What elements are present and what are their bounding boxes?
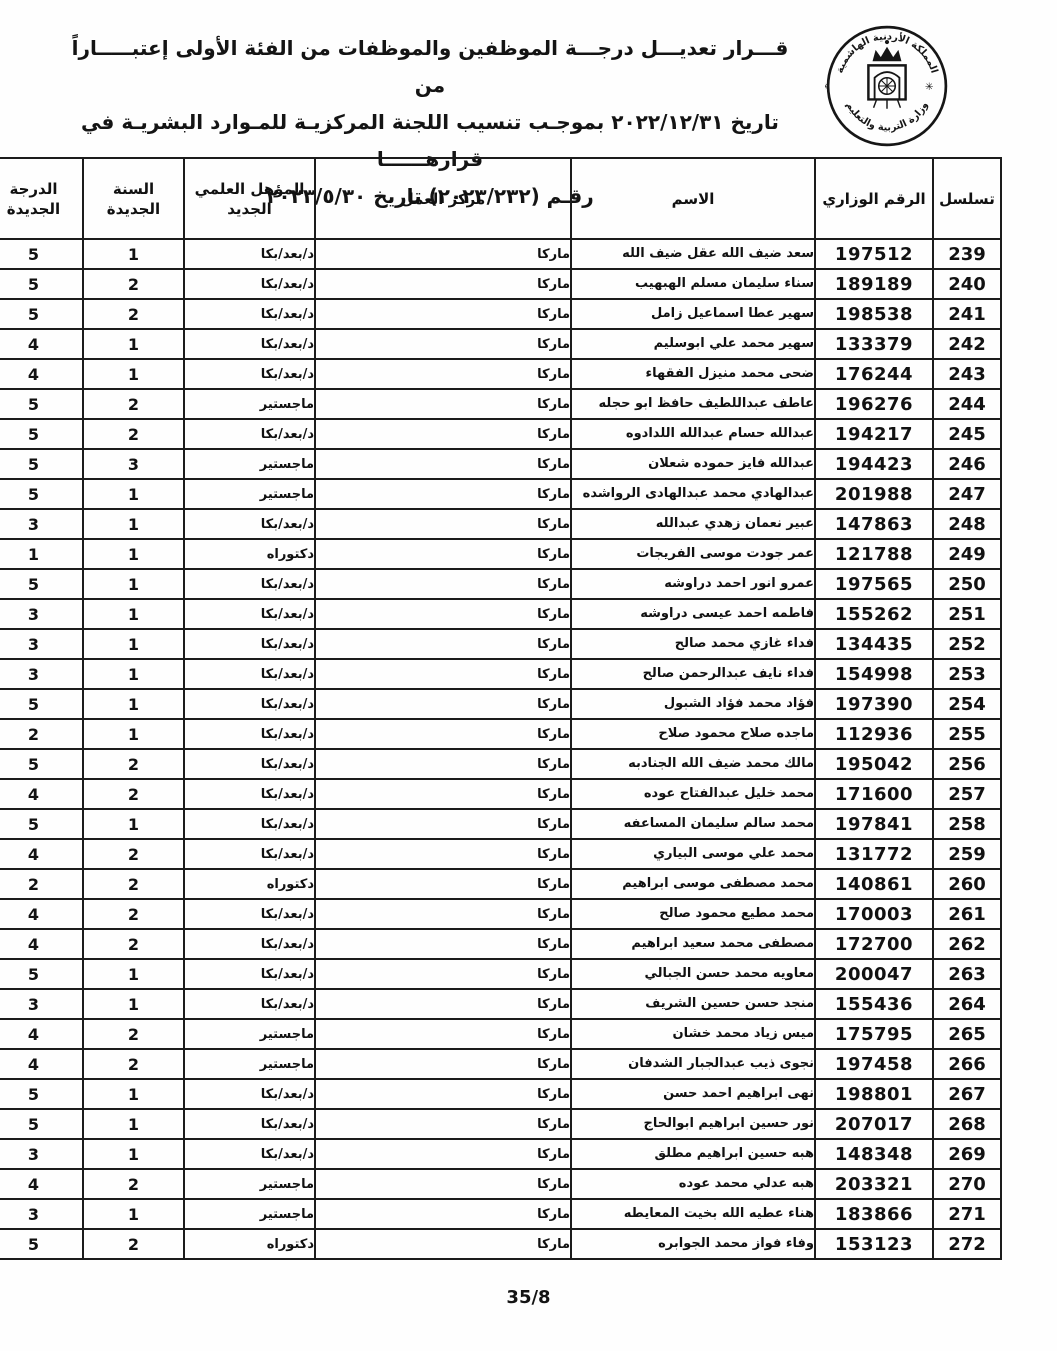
table-row: 266197458نجوى ذيب عبدالجبار الشدفانماركا… <box>0 1049 1001 1079</box>
cell-serial: 259 <box>933 839 1001 869</box>
table-row: 242133379سهير محمد علي ابوسليمماركاد/بعد… <box>0 329 1001 359</box>
cell-new_grade: 5 <box>0 419 83 449</box>
cell-new_grade: 4 <box>0 1049 83 1079</box>
cell-work_center: ماركا <box>315 929 571 959</box>
cell-new_year: 2 <box>83 749 184 779</box>
cell-name: محمد علي موسى البياري <box>571 839 815 869</box>
seal-star-left-icon: ✳ <box>925 81 934 93</box>
cell-ministry_number: 203321 <box>815 1169 933 1199</box>
table-row: 268207017نور حسين ابراهيم ابوالحاجماركاد… <box>0 1109 1001 1139</box>
cell-name: مصطفى محمد سعيد ابراهيم <box>571 929 815 959</box>
decision-table: تسلسلالرقم الوزاريالاسممركز العملالمؤهل … <box>0 157 1002 1260</box>
cell-new_qualification: د/بعد/بكا <box>184 509 315 539</box>
cell-work_center: ماركا <box>315 479 571 509</box>
page-number: 35/8 <box>0 1287 1057 1308</box>
table-row: 263200047معاويه محمد حسن الجباليماركاد/ب… <box>0 959 1001 989</box>
cell-name: نور حسين ابراهيم ابوالحاج <box>571 1109 815 1139</box>
column-header-new_grade: الدرجة الجديدة <box>0 158 83 239</box>
cell-new_qualification: دكتوراه <box>184 1229 315 1259</box>
cell-serial: 262 <box>933 929 1001 959</box>
cell-new_year: 1 <box>83 599 184 629</box>
cell-new_year: 1 <box>83 659 184 689</box>
cell-new_qualification: د/بعد/بكا <box>184 629 315 659</box>
cell-work_center: ماركا <box>315 509 571 539</box>
cell-serial: 242 <box>933 329 1001 359</box>
cell-ministry_number: 197512 <box>815 239 933 269</box>
cell-name: فداء غازي محمد صالح <box>571 629 815 659</box>
cell-new_grade: 5 <box>0 449 83 479</box>
cell-name: محمد خليل عبدالفتاح عوده <box>571 779 815 809</box>
cell-new_qualification: ماجستير <box>184 449 315 479</box>
cell-new_qualification: د/بعد/بكا <box>184 599 315 629</box>
cell-name: هناء عطيه الله بخيت المعايطه <box>571 1199 815 1229</box>
ministry-seal: المملكة الأردنية الهاشمية وزارة التربية … <box>825 22 949 150</box>
cell-work_center: ماركا <box>315 1169 571 1199</box>
cell-work_center: ماركا <box>315 1079 571 1109</box>
cell-new_year: 1 <box>83 539 184 569</box>
cell-work_center: ماركا <box>315 959 571 989</box>
cell-new_grade: 2 <box>0 719 83 749</box>
cell-name: معاويه محمد حسن الجبالي <box>571 959 815 989</box>
table-row: 250197565عمرو انور احمد دراوشهماركاد/بعد… <box>0 569 1001 599</box>
cell-new_grade: 3 <box>0 1139 83 1169</box>
cell-ministry_number: 147863 <box>815 509 933 539</box>
cell-work_center: ماركا <box>315 659 571 689</box>
cell-new_qualification: د/بعد/بكا <box>184 1139 315 1169</box>
cell-work_center: ماركا <box>315 299 571 329</box>
cell-new_qualification: د/بعد/بكا <box>184 1109 315 1139</box>
cell-new_qualification: دكتوراه <box>184 869 315 899</box>
cell-work_center: ماركا <box>315 329 571 359</box>
cell-work_center: ماركا <box>315 1199 571 1229</box>
cell-new_qualification: د/بعد/بكا <box>184 569 315 599</box>
cell-serial: 272 <box>933 1229 1001 1259</box>
table-row: 269148348هبه حسين ابراهيم مطلقماركاد/بعد… <box>0 1139 1001 1169</box>
cell-serial: 241 <box>933 299 1001 329</box>
document-page: قـــرار تعديـــل درجـــة الموظفين والموظ… <box>0 0 1057 1351</box>
cell-ministry_number: 155262 <box>815 599 933 629</box>
cell-new_year: 2 <box>83 269 184 299</box>
cell-ministry_number: 171600 <box>815 779 933 809</box>
cell-name: هبه حسين ابراهيم مطلق <box>571 1139 815 1169</box>
cell-serial: 252 <box>933 629 1001 659</box>
cell-new_qualification: د/بعد/بكا <box>184 959 315 989</box>
cell-new_qualification: د/بعد/بكا <box>184 329 315 359</box>
cell-new_year: 1 <box>83 359 184 389</box>
column-header-name: الاسم <box>571 158 815 239</box>
table-row: 243176244ضحى محمد منيزل الفقهاءماركاد/بع… <box>0 359 1001 389</box>
cell-work_center: ماركا <box>315 989 571 1019</box>
cell-new_grade: 2 <box>0 869 83 899</box>
cell-new_qualification: د/بعد/بكا <box>184 719 315 749</box>
cell-work_center: ماركا <box>315 689 571 719</box>
table-row: 271183866هناء عطيه الله بخيت المعايطهمار… <box>0 1199 1001 1229</box>
cell-new_year: 2 <box>83 779 184 809</box>
cell-new_year: 1 <box>83 1139 184 1169</box>
cell-serial: 250 <box>933 569 1001 599</box>
cell-ministry_number: 153123 <box>815 1229 933 1259</box>
cell-new_year: 2 <box>83 929 184 959</box>
cell-ministry_number: 197565 <box>815 569 933 599</box>
cell-new_year: 2 <box>83 899 184 929</box>
header-line-1: قـــرار تعديـــل درجـــة الموظفين والموظ… <box>60 30 800 104</box>
cell-serial: 264 <box>933 989 1001 1019</box>
table-row: 262172700مصطفى محمد سعيد ابراهيمماركاد/ب… <box>0 929 1001 959</box>
cell-work_center: ماركا <box>315 629 571 659</box>
cell-serial: 269 <box>933 1139 1001 1169</box>
cell-new_qualification: د/بعد/بكا <box>184 809 315 839</box>
cell-work_center: ماركا <box>315 269 571 299</box>
cell-new_grade: 4 <box>0 329 83 359</box>
cell-new_year: 1 <box>83 239 184 269</box>
cell-work_center: ماركا <box>315 869 571 899</box>
cell-new_grade: 5 <box>0 389 83 419</box>
cell-new_qualification: د/بعد/بكا <box>184 269 315 299</box>
cell-work_center: ماركا <box>315 1109 571 1139</box>
cell-new_qualification: د/بعد/بكا <box>184 659 315 689</box>
table-row: 245194217عبدالله حسام عبدالله اللدادوهما… <box>0 419 1001 449</box>
cell-name: ماجده صلاح محمود صلاح <box>571 719 815 749</box>
cell-name: عاطف عبداللطيف حافظ ابو حجله <box>571 389 815 419</box>
table-row: 251155262فاطمه احمد عيسى دراوشهماركاد/بع… <box>0 599 1001 629</box>
cell-name: سهير عطا اسماعيل زامل <box>571 299 815 329</box>
cell-serial: 251 <box>933 599 1001 629</box>
cell-new_grade: 3 <box>0 1199 83 1229</box>
table-row: 254197390فؤاد محمد فؤاد الشبولماركاد/بعد… <box>0 689 1001 719</box>
cell-new_qualification: ماجستير <box>184 389 315 419</box>
cell-serial: 267 <box>933 1079 1001 1109</box>
cell-new_qualification: د/بعد/بكا <box>184 899 315 929</box>
table-row: 244196276عاطف عبداللطيف حافظ ابو حجلهمار… <box>0 389 1001 419</box>
table-row: 258197841محمد سالم سليمان المساعفهماركاد… <box>0 809 1001 839</box>
cell-serial: 255 <box>933 719 1001 749</box>
cell-new_grade: 4 <box>0 359 83 389</box>
cell-work_center: ماركا <box>315 719 571 749</box>
cell-new_year: 1 <box>83 1079 184 1109</box>
table-row: 253154998فداء نايف عبدالرحمن صالحماركاد/… <box>0 659 1001 689</box>
cell-new_grade: 3 <box>0 599 83 629</box>
cell-work_center: ماركا <box>315 839 571 869</box>
cell-new_year: 1 <box>83 989 184 1019</box>
table-row: 265175795ميس زياد محمد خشانماركاماجستير2… <box>0 1019 1001 1049</box>
cell-new_year: 3 <box>83 449 184 479</box>
table-row: 252134435فداء غازي محمد صالحماركاد/بعد/ب… <box>0 629 1001 659</box>
cell-new_year: 2 <box>83 299 184 329</box>
table-row: 272153123وفاء فواز محمد الجوابرهماركادكت… <box>0 1229 1001 1259</box>
cell-new_grade: 4 <box>0 779 83 809</box>
cell-ministry_number: 183866 <box>815 1199 933 1229</box>
cell-serial: 243 <box>933 359 1001 389</box>
cell-work_center: ماركا <box>315 389 571 419</box>
cell-new_grade: 1 <box>0 539 83 569</box>
cell-ministry_number: 121788 <box>815 539 933 569</box>
cell-new_grade: 4 <box>0 1169 83 1199</box>
cell-ministry_number: 140861 <box>815 869 933 899</box>
column-header-new_qualification: المؤهل العلمي الجديد <box>184 158 315 239</box>
cell-ministry_number: 195042 <box>815 749 933 779</box>
table-row: 248147863عبير نعمان زهدي عبداللهماركاد/ب… <box>0 509 1001 539</box>
table-row: 257171600محمد خليل عبدالفتاح عودهماركاد/… <box>0 779 1001 809</box>
cell-serial: 246 <box>933 449 1001 479</box>
cell-new_qualification: ماجستير <box>184 1019 315 1049</box>
table-row: 249121788عمر جودت موسى الفريجاتماركادكتو… <box>0 539 1001 569</box>
coat-of-arms-icon <box>868 40 905 109</box>
cell-ministry_number: 200047 <box>815 959 933 989</box>
cell-new_year: 1 <box>83 959 184 989</box>
cell-name: ضحى محمد منيزل الفقهاء <box>571 359 815 389</box>
cell-work_center: ماركا <box>315 1139 571 1169</box>
seal-graphic: المملكة الأردنية الهاشمية وزارة التربية … <box>825 22 949 150</box>
cell-new_year: 1 <box>83 509 184 539</box>
cell-new_year: 1 <box>83 1199 184 1229</box>
cell-ministry_number: 196276 <box>815 389 933 419</box>
cell-name: عبدالهادي محمد عبدالهادى الرواشده <box>571 479 815 509</box>
table-row: 260140861محمد مصطفى موسى ابراهيمماركادكت… <box>0 869 1001 899</box>
cell-ministry_number: 148348 <box>815 1139 933 1169</box>
cell-ministry_number: 198801 <box>815 1079 933 1109</box>
cell-name: عمرو انور احمد دراوشه <box>571 569 815 599</box>
cell-name: عبدالله حسام عبدالله اللدادوه <box>571 419 815 449</box>
table-row: 256195042مالك محمد ضيف الله الجنادبهمارك… <box>0 749 1001 779</box>
cell-name: نهى ابراهيم احمد حسن <box>571 1079 815 1109</box>
cell-ministry_number: 201988 <box>815 479 933 509</box>
cell-new_year: 2 <box>83 419 184 449</box>
cell-new_grade: 5 <box>0 809 83 839</box>
cell-ministry_number: 112936 <box>815 719 933 749</box>
cell-new_grade: 5 <box>0 569 83 599</box>
cell-ministry_number: 133379 <box>815 329 933 359</box>
table-row: 259131772محمد علي موسى البياريماركاد/بعد… <box>0 839 1001 869</box>
cell-new_grade: 4 <box>0 899 83 929</box>
cell-ministry_number: 207017 <box>815 1109 933 1139</box>
table-header: تسلسلالرقم الوزاريالاسممركز العملالمؤهل … <box>0 158 1001 239</box>
cell-new_year: 2 <box>83 1169 184 1199</box>
cell-ministry_number: 154998 <box>815 659 933 689</box>
cell-new_qualification: د/بعد/بكا <box>184 1079 315 1109</box>
cell-name: فاطمه احمد عيسى دراوشه <box>571 599 815 629</box>
cell-ministry_number: 134435 <box>815 629 933 659</box>
cell-serial: 266 <box>933 1049 1001 1079</box>
cell-new_qualification: ماجستير <box>184 1049 315 1079</box>
column-header-work_center: مركز العمل <box>315 158 571 239</box>
cell-serial: 258 <box>933 809 1001 839</box>
cell-name: محمد سالم سليمان المساعفه <box>571 809 815 839</box>
cell-new_grade: 5 <box>0 1079 83 1109</box>
cell-work_center: ماركا <box>315 359 571 389</box>
cell-new_year: 1 <box>83 719 184 749</box>
cell-serial: 245 <box>933 419 1001 449</box>
column-header-new_year: السنة الجديدة <box>83 158 184 239</box>
cell-new_year: 1 <box>83 1109 184 1139</box>
cell-new_grade: 4 <box>0 839 83 869</box>
cell-serial: 260 <box>933 869 1001 899</box>
cell-ministry_number: 176244 <box>815 359 933 389</box>
cell-work_center: ماركا <box>315 599 571 629</box>
cell-new_grade: 5 <box>0 959 83 989</box>
cell-work_center: ماركا <box>315 1049 571 1079</box>
cell-new_qualification: د/بعد/بكا <box>184 989 315 1019</box>
cell-ministry_number: 197458 <box>815 1049 933 1079</box>
cell-serial: 263 <box>933 959 1001 989</box>
cell-new_qualification: د/بعد/بكا <box>184 239 315 269</box>
cell-new_qualification: د/بعد/بكا <box>184 929 315 959</box>
cell-new_grade: 5 <box>0 239 83 269</box>
cell-new_year: 2 <box>83 1019 184 1049</box>
cell-new_qualification: د/بعد/بكا <box>184 359 315 389</box>
cell-new_grade: 3 <box>0 659 83 689</box>
cell-ministry_number: 172700 <box>815 929 933 959</box>
cell-name: عبدالله فايز حموده شعلان <box>571 449 815 479</box>
cell-new_grade: 5 <box>0 479 83 509</box>
cell-new_qualification: د/بعد/بكا <box>184 689 315 719</box>
cell-new_qualification: د/بعد/بكا <box>184 299 315 329</box>
cell-work_center: ماركا <box>315 539 571 569</box>
seal-star-right-icon: ✳ <box>825 81 829 93</box>
cell-new_year: 2 <box>83 1049 184 1079</box>
cell-new_grade: 3 <box>0 629 83 659</box>
table-row: 255112936ماجده صلاح محمود صلاحماركاد/بعد… <box>0 719 1001 749</box>
cell-work_center: ماركا <box>315 1019 571 1049</box>
table-header-row: تسلسلالرقم الوزاريالاسممركز العملالمؤهل … <box>0 158 1001 239</box>
cell-name: سعد ضيف الله عقل ضيف الله <box>571 239 815 269</box>
cell-new_year: 1 <box>83 479 184 509</box>
cell-name: منجد حسن حسين الشريف <box>571 989 815 1019</box>
cell-ministry_number: 198538 <box>815 299 933 329</box>
cell-name: وفاء فواز محمد الجوابره <box>571 1229 815 1259</box>
cell-name: فؤاد محمد فؤاد الشبول <box>571 689 815 719</box>
cell-new_qualification: د/بعد/بكا <box>184 419 315 449</box>
table-row: 241198538سهير عطا اسماعيل زاملماركاد/بعد… <box>0 299 1001 329</box>
cell-work_center: ماركا <box>315 749 571 779</box>
cell-ministry_number: 131772 <box>815 839 933 869</box>
table-row: 267198801نهى ابراهيم احمد حسنماركاد/بعد/… <box>0 1079 1001 1109</box>
cell-name: ميس زياد محمد خشان <box>571 1019 815 1049</box>
column-header-serial: تسلسل <box>933 158 1001 239</box>
cell-ministry_number: 175795 <box>815 1019 933 1049</box>
cell-new_year: 2 <box>83 389 184 419</box>
cell-ministry_number: 155436 <box>815 989 933 1019</box>
cell-new_qualification: ماجستير <box>184 479 315 509</box>
cell-new_qualification: ماجستير <box>184 1169 315 1199</box>
cell-serial: 256 <box>933 749 1001 779</box>
cell-new_grade: 3 <box>0 509 83 539</box>
cell-new_qualification: د/بعد/بكا <box>184 779 315 809</box>
cell-serial: 247 <box>933 479 1001 509</box>
cell-serial: 268 <box>933 1109 1001 1139</box>
cell-ministry_number: 197390 <box>815 689 933 719</box>
cell-name: هبه عدلي محمد عوده <box>571 1169 815 1199</box>
cell-new_year: 1 <box>83 569 184 599</box>
cell-new_grade: 5 <box>0 299 83 329</box>
cell-serial: 254 <box>933 689 1001 719</box>
cell-ministry_number: 170003 <box>815 899 933 929</box>
cell-work_center: ماركا <box>315 239 571 269</box>
table-row: 246194423عبدالله فايز حموده شعلانماركاما… <box>0 449 1001 479</box>
cell-new_grade: 3 <box>0 989 83 1019</box>
cell-serial: 265 <box>933 1019 1001 1049</box>
cell-serial: 239 <box>933 239 1001 269</box>
table-row: 270203321هبه عدلي محمد عودهماركاماجستير2… <box>0 1169 1001 1199</box>
cell-new_qualification: د/بعد/بكا <box>184 749 315 779</box>
cell-work_center: ماركا <box>315 779 571 809</box>
cell-new_year: 2 <box>83 839 184 869</box>
cell-new_grade: 5 <box>0 749 83 779</box>
cell-new_grade: 4 <box>0 1019 83 1049</box>
cell-name: سهير محمد علي ابوسليم <box>571 329 815 359</box>
cell-work_center: ماركا <box>315 809 571 839</box>
cell-name: عمر جودت موسى الفريجات <box>571 539 815 569</box>
cell-name: فداء نايف عبدالرحمن صالح <box>571 659 815 689</box>
cell-serial: 253 <box>933 659 1001 689</box>
table-body: 239197512سعد ضيف الله عقل ضيف اللهماركاد… <box>0 239 1001 1259</box>
cell-serial: 249 <box>933 539 1001 569</box>
cell-serial: 257 <box>933 779 1001 809</box>
cell-new_grade: 5 <box>0 1109 83 1139</box>
cell-work_center: ماركا <box>315 1229 571 1259</box>
cell-serial: 240 <box>933 269 1001 299</box>
cell-new_grade: 5 <box>0 689 83 719</box>
cell-name: محمد مطيع محمود صالح <box>571 899 815 929</box>
cell-ministry_number: 194217 <box>815 419 933 449</box>
table-row: 247201988عبدالهادي محمد عبدالهادى الرواش… <box>0 479 1001 509</box>
cell-ministry_number: 189189 <box>815 269 933 299</box>
cell-new_year: 1 <box>83 809 184 839</box>
cell-new_qualification: د/بعد/بكا <box>184 839 315 869</box>
cell-work_center: ماركا <box>315 419 571 449</box>
cell-serial: 248 <box>933 509 1001 539</box>
cell-ministry_number: 197841 <box>815 809 933 839</box>
cell-ministry_number: 194423 <box>815 449 933 479</box>
cell-work_center: ماركا <box>315 899 571 929</box>
cell-new_year: 1 <box>83 329 184 359</box>
table-row: 240189189سناء سليمان مسلم الهبهيبماركاد/… <box>0 269 1001 299</box>
column-header-ministry_number: الرقم الوزاري <box>815 158 933 239</box>
cell-name: نجوى ذيب عبدالجبار الشدفان <box>571 1049 815 1079</box>
cell-new_year: 1 <box>83 689 184 719</box>
cell-new_grade: 4 <box>0 929 83 959</box>
cell-new_qualification: ماجستير <box>184 1199 315 1229</box>
cell-new_year: 2 <box>83 1229 184 1259</box>
cell-name: سناء سليمان مسلم الهبهيب <box>571 269 815 299</box>
table-row: 261170003محمد مطيع محمود صالحماركاد/بعد/… <box>0 899 1001 929</box>
cell-new_year: 1 <box>83 629 184 659</box>
cell-new_grade: 5 <box>0 1229 83 1259</box>
table-row: 264155436منجد حسن حسين الشريفماركاد/بعد/… <box>0 989 1001 1019</box>
cell-new_year: 2 <box>83 869 184 899</box>
cell-name: عبير نعمان زهدي عبدالله <box>571 509 815 539</box>
cell-name: محمد مصطفى موسى ابراهيم <box>571 869 815 899</box>
cell-serial: 244 <box>933 389 1001 419</box>
cell-name: مالك محمد ضيف الله الجنادبه <box>571 749 815 779</box>
table-row: 239197512سعد ضيف الله عقل ضيف اللهماركاد… <box>0 239 1001 269</box>
cell-work_center: ماركا <box>315 449 571 479</box>
cell-serial: 261 <box>933 899 1001 929</box>
cell-work_center: ماركا <box>315 569 571 599</box>
cell-new_qualification: دكتوراه <box>184 539 315 569</box>
cell-serial: 270 <box>933 1169 1001 1199</box>
cell-new_grade: 5 <box>0 269 83 299</box>
cell-serial: 271 <box>933 1199 1001 1229</box>
